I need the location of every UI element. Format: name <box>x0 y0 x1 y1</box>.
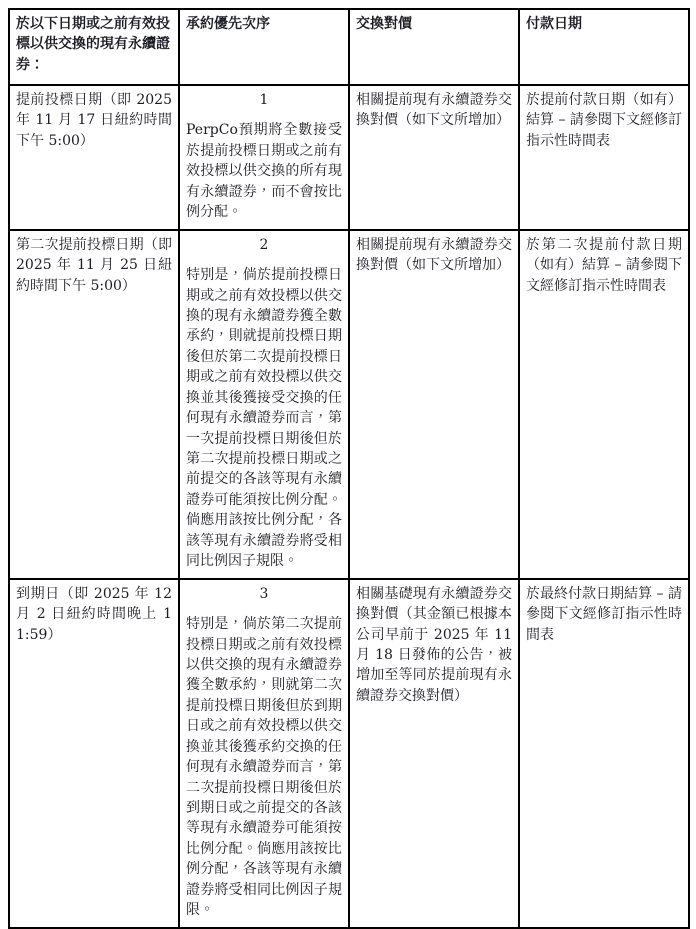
cell-priority-1: 1 PerpCo預期將全數接受於提前投標日期或之前有效投標以供交換的所有現有永續… <box>179 85 349 230</box>
document-page: { "page": { "background": "#ffffff", "te… <box>0 0 696 748</box>
cell-payment-3: 於最終付款日期結算 – 請參閱下文經修訂指示性時間表 <box>519 579 689 928</box>
priority-note: 特別是，倘於第二次提前投標日期或之前有效投標以供交換的現有永續證券獲全數承約，則… <box>186 614 342 921</box>
cell-second-early-tender-date: 第二次提前投標日期（即 2025 年 11 月 25 日紐約時間下午 5:00） <box>9 230 179 579</box>
cell-consideration-2: 相關提前現有永續證券交換對價（如下文所增加） <box>349 230 519 579</box>
priority-rank: 3 <box>186 584 342 604</box>
priority-note: 特別是，倘於提前投標日期或之前有效投標以供交換的現有永續證券獲全數承約，則就提前… <box>186 265 342 572</box>
header-acceptance-priority: 承約優先次序 <box>179 9 349 85</box>
cell-payment-1: 於提前付款日期（如有）結算 – 請參閱下文經修訂指示性時間表 <box>519 85 689 230</box>
securities-exchange-schedule-table: 於以下日期或之前有效投標以供交換的現有永續證券： 承約優先次序 交換對價 付款日… <box>8 8 690 929</box>
cell-priority-3: 3 特別是，倘於第二次提前投標日期或之前有效投標以供交換的現有永續證券獲全數承約… <box>179 579 349 928</box>
cell-early-tender-date: 提前投標日期（即 2025 年 11 月 17 日紐約時間下午 5:00） <box>9 85 179 230</box>
cell-consideration-3: 相關基礎現有永續證券交換對價（其金額已根據本公司早前于 2025 年 11 月 … <box>349 579 519 928</box>
priority-note: PerpCo預期將全數接受於提前投標日期或之前有效投標以供交換的所有現有永續證券… <box>186 120 342 222</box>
priority-rank: 2 <box>186 235 342 255</box>
header-tender-deadline: 於以下日期或之前有效投標以供交換的現有永續證券： <box>9 9 179 85</box>
cell-priority-2: 2 特別是，倘於提前投標日期或之前有效投標以供交換的現有永續證券獲全數承約，則就… <box>179 230 349 579</box>
cell-payment-2: 於第二次提前付款日期（如有）結算 – 請參閱下文經修訂指示性時間表 <box>519 230 689 579</box>
priority-rank: 1 <box>186 90 342 110</box>
table-row: 第二次提前投標日期（即 2025 年 11 月 25 日紐約時間下午 5:00）… <box>9 230 689 579</box>
cell-expiration-date: 到期日（即 2025 年 12 月 2 日紐約時間晚上 11:59） <box>9 579 179 928</box>
cell-consideration-1: 相關提前現有永續證券交換對價（如下文所增加） <box>349 85 519 230</box>
table-header-row: 於以下日期或之前有效投標以供交換的現有永續證券： 承約優先次序 交換對價 付款日… <box>9 9 689 85</box>
table-row: 提前投標日期（即 2025 年 11 月 17 日紐約時間下午 5:00） 1 … <box>9 85 689 230</box>
table-row: 到期日（即 2025 年 12 月 2 日紐約時間晚上 11:59） 3 特別是… <box>9 579 689 928</box>
header-payment-date: 付款日期 <box>519 9 689 85</box>
header-exchange-consideration: 交換對價 <box>349 9 519 85</box>
